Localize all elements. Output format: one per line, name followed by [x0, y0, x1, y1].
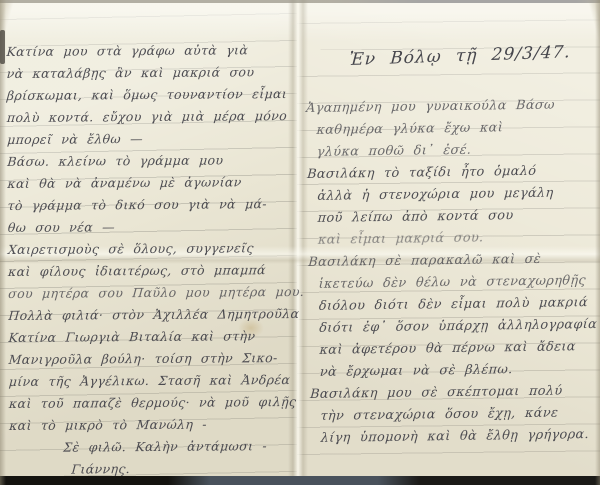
- letter-line: λίγη ὑπομονὴ καὶ θὰ ἔλθῃ γρήγορα.: [320, 424, 600, 450]
- letter-line: Πολλὰ φιλιά· στὸν Ἀχιλλέα Δημητροῦλα: [8, 303, 296, 327]
- letter-line: Χαιρετισμοὺς σὲ ὅλους, συγγενεῖς: [7, 237, 295, 261]
- letter-line: πολὺ κοντά. εὔχου γιὰ μιὰ μέρα μόνο: [6, 105, 294, 129]
- letter-line: βρίσκωμαι, καὶ ὅμως τουναντίον εἶμαι: [6, 83, 294, 107]
- letter-line: καὶ τοῦ παπαζὲ θερμούς· νὰ μοῦ φιλῇς: [8, 391, 296, 415]
- scan-edge-bottom: [0, 476, 600, 485]
- letter-line: καὶ τὸ μικρὸ τὸ Μανώλη -: [8, 413, 296, 437]
- scan-edge-top: [0, 0, 600, 3]
- left-page-text: Κατίνα μου στὰ γράφω αὐτὰ γιὰ νὰ καταλάβ…: [6, 39, 295, 481]
- letter-line: μίνα τῆς Ἀγγέλικω. Στασῆ καὶ Ἀνδρέα: [8, 369, 296, 393]
- scan-edge-left: [0, 0, 6, 485]
- signoff-line: Σὲ φιλῶ. Καλὴν ἀντάμωσι -: [62, 435, 296, 459]
- date-heading: Ἐν Βόλῳ τῇ 29/3/47.: [348, 37, 596, 74]
- scan-edge-mark: [0, 30, 5, 64]
- letter-line: τὸ γράμμα τὸ δικό σου γιὰ νὰ μά-: [7, 193, 295, 217]
- letter-line: Μανιγροῦλα βούλη· τοίση στὴν Σικο-: [8, 347, 296, 371]
- letter-line: Κατίνα μου στὰ γράφω αὐτὰ γιὰ: [6, 39, 294, 63]
- letter-scan: Κατίνα μου στὰ γράφω αὐτὰ γιὰ νὰ καταλάβ…: [0, 0, 600, 485]
- letter-line: καὶ θὰ νὰ ἀναμένω μὲ ἀγωνίαν: [7, 171, 295, 195]
- letter-line: νὰ καταλάβῃς ἂν καὶ μακριά σου: [6, 61, 294, 85]
- scan-edge-right: [595, 0, 600, 485]
- letter-line: Βάσω. κλείνω τὸ γράμμα μου: [6, 149, 294, 173]
- letter-line: θω σου νέα —: [7, 215, 295, 239]
- letter-line: μπορεῖ νὰ ἔλθω —: [6, 127, 294, 151]
- letter-line: Κατίνα Γιωργιὰ Βιταλία καὶ στὴν: [8, 325, 296, 349]
- letter-line: σου μητέρα σου Παῦλο μου μητέρα μου.: [7, 281, 295, 305]
- right-page-text: Ἐν Βόλῳ τῇ 29/3/47. Ἀγαπημένη μου γυναικ…: [303, 36, 600, 450]
- letter-line: καὶ φίλους ἰδιαιτέρως, στὸ μπαμπά: [7, 259, 295, 283]
